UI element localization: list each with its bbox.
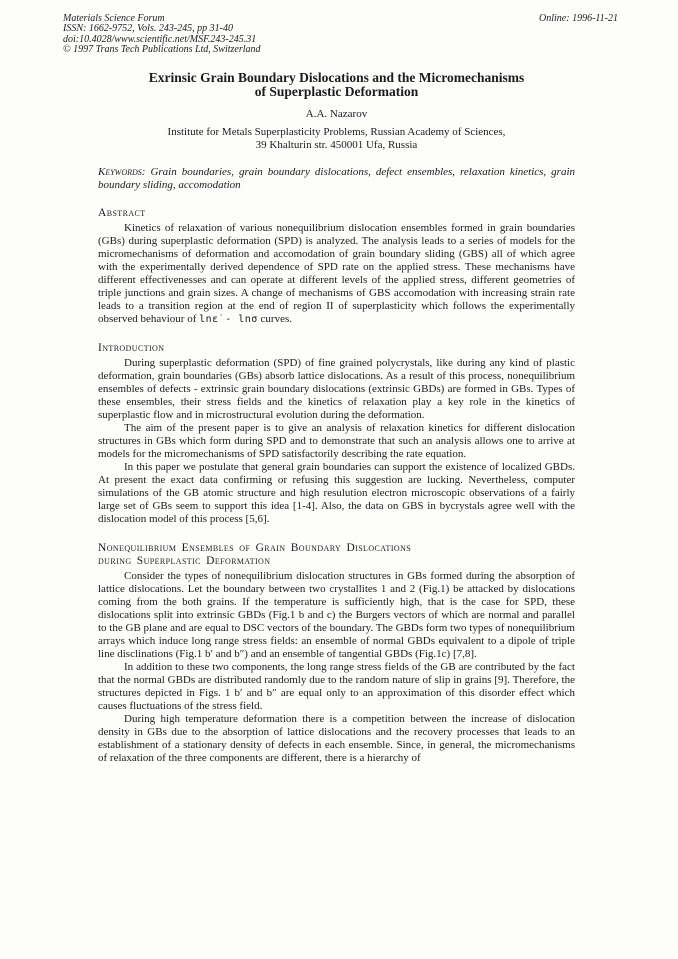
introduction-paragraph-3: In this paper we postulate that general … [98, 461, 575, 526]
affiliation-line-2: 39 Khalturin str. 450001 Ufa, Russia [98, 139, 575, 152]
author-name: A.A. Nazarov [98, 108, 575, 121]
paper-page: Materials Science Forum ISSN: 1662-9752,… [0, 0, 678, 959]
introduction-paragraph-2: The aim of the present paper is to give … [98, 422, 575, 461]
abstract-paragraph: Kinetics of relaxation of various nonequ… [98, 222, 575, 326]
abstract-heading: Abstract [98, 207, 575, 220]
section-paragraph-1: Consider the types of nonequilibrium dis… [98, 570, 575, 661]
online-date: Online: 1996-11-21 [539, 14, 618, 24]
journal-info-block: Materials Science Forum ISSN: 1662-9752,… [63, 14, 261, 55]
affiliation: Institute for Metals Superplasticity Pro… [98, 126, 575, 151]
strain-stress-formula: lnε̇ - lnσ [199, 314, 258, 325]
keywords-text: Grain boundaries, grain boundary disloca… [98, 166, 575, 191]
section-paragraph-3: During high temperature deformation ther… [98, 713, 575, 765]
abstract-text-pre: Kinetics of relaxation of various nonequ… [98, 222, 575, 325]
paper-title-line-1: Exrinsic Grain Boundary Dislocations and… [98, 71, 575, 85]
keywords-label: Keywords: [98, 166, 145, 178]
copyright-line: © 1997 Trans Tech Publications Ltd, Swit… [63, 45, 261, 55]
introduction-paragraph-1: During superplastic deformation (SPD) of… [98, 357, 575, 422]
introduction-heading: Introduction [98, 342, 575, 355]
section-heading-line-1: Nonequilibrium Ensembles of Grain Bounda… [98, 542, 575, 555]
keywords-block: Keywords: Grain boundaries, grain bounda… [98, 166, 575, 191]
paper-title-line-2: of Superplastic Deformation [98, 85, 575, 99]
journal-header: Materials Science Forum ISSN: 1662-9752,… [63, 14, 618, 55]
affiliation-line-1: Institute for Metals Superplasticity Pro… [98, 126, 575, 139]
section-heading-line-2: during Superplastic Deformation [98, 555, 575, 568]
abstract-text-post: curves. [258, 313, 292, 325]
section-paragraph-2: In addition to these two components, the… [98, 661, 575, 713]
text-column: Exrinsic Grain Boundary Dislocations and… [98, 71, 575, 765]
section-nonequilibrium-heading: Nonequilibrium Ensembles of Grain Bounda… [98, 542, 575, 568]
paper-title: Exrinsic Grain Boundary Dislocations and… [98, 71, 575, 99]
